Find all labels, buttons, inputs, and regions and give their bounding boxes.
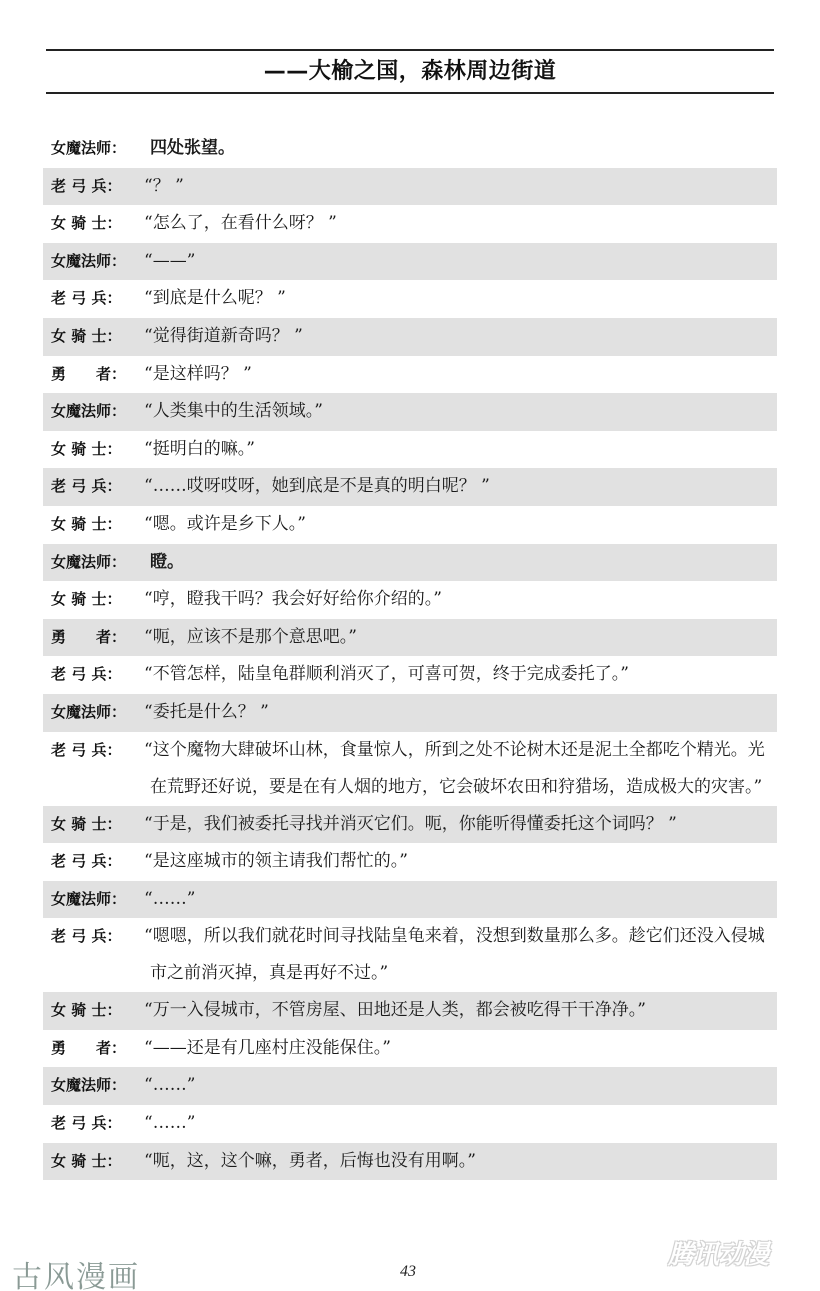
speaker-name: 勇 者： [51,619,144,657]
page-number: 43 [400,1263,416,1281]
dialogue-line: “这个魔物大肆破坏山林，食量惊人，所到之处不论树木还是泥土全都吃个精光。光在荒野… [144,732,777,806]
dialogue-row: 老 弓 兵：“？ ” [43,168,777,206]
speaker-name: 女 骑 士： [51,205,144,243]
dialogue-row: 女魔法师：瞪。 [43,544,777,582]
dialogue-line: “觉得街道新奇吗？ ” [144,318,777,356]
dialogue-line: “到底是什么呢？ ” [144,280,777,318]
dialogue-row: 勇 者：“——还是有几座村庄没能保住。” [43,1030,777,1068]
dialogue-line: “哼，瞪我干吗？我会好好给你介绍的。” [144,581,777,619]
dialogue-line: “——还是有几座村庄没能保住。” [144,1030,777,1068]
dialogue-row: 老 弓 兵：“嗯嗯，所以我们就花时间寻找陆皇龟来着，没想到数量那么多。趁它们还没… [43,918,777,992]
speaker-name: 女魔法师： [51,1067,144,1105]
speaker-name: 女 骑 士： [51,992,144,1030]
dialogue-line: “呃，应该不是那个意思吧。” [144,619,777,657]
dialogue-line: “——” [144,243,777,281]
stage-direction: 瞪。 [144,544,777,582]
speaker-name: 老 弓 兵： [51,656,144,694]
speaker-name: 老 弓 兵： [51,280,144,318]
speaker-name: 女魔法师： [51,881,144,919]
speaker-name: 老 弓 兵： [51,1105,144,1143]
dialogue-row: 女魔法师：“人类集中的生活领域。” [43,393,777,431]
stage-direction: 四处张望。 [144,130,777,168]
title-top-rule [46,49,774,51]
dialogue-line: “是这座城市的领主请我们帮忙的。” [144,843,777,881]
dialogue-row: 老 弓 兵：“到底是什么呢？ ” [43,280,777,318]
dialogue-line: “怎么了，在看什么呀？ ” [144,205,777,243]
dialogue-row: 勇 者：“是这样吗？ ” [43,356,777,394]
speaker-name: 老 弓 兵： [51,843,144,881]
dialogue-line: “嗯。或许是乡下人。” [144,506,777,544]
title-bottom-rule [46,92,774,94]
speaker-name: 女魔法师： [51,393,144,431]
dialogue-row: 老 弓 兵：“……” [43,1105,777,1143]
speaker-name: 女魔法师： [51,243,144,281]
speaker-name: 女魔法师： [51,544,144,582]
speaker-name: 老 弓 兵： [51,732,144,770]
speaker-name: 女 骑 士： [51,318,144,356]
dialogue-line: “……” [144,1067,777,1105]
speaker-name: 老 弓 兵： [51,918,144,956]
dialogue-list: 女魔法师：四处张望。老 弓 兵：“？ ”女 骑 士：“怎么了，在看什么呀？ ”女… [43,130,777,1180]
dialogue-line: “？ ” [144,168,777,206]
dialogue-row: 女魔法师：“……” [43,1067,777,1105]
dialogue-row: 女 骑 士：“觉得街道新奇吗？ ” [43,318,777,356]
speaker-name: 女 骑 士： [51,581,144,619]
dialogue-row: 女魔法师：“……” [43,881,777,919]
speaker-name: 勇 者： [51,356,144,394]
chapter-title: ——大榆之国，森林周边街道 [0,54,820,90]
speaker-name: 女 骑 士： [51,506,144,544]
dialogue-row: 老 弓 兵：“不管怎样，陆皇龟群顺利消灭了，可喜可贺，终于完成委托了。” [43,656,777,694]
dialogue-row: 女魔法师：四处张望。 [43,130,777,168]
speaker-name: 老 弓 兵： [51,168,144,206]
dialogue-row: 女 骑 士：“万一入侵城市，不管房屋、田地还是人类，都会被吃得干干净净。” [43,992,777,1030]
speaker-name: 老 弓 兵： [51,468,144,506]
speaker-name: 女 骑 士： [51,806,144,844]
dialogue-row: 女 骑 士：“嗯。或许是乡下人。” [43,506,777,544]
dialogue-line: “是这样吗？ ” [144,356,777,394]
dialogue-line: “人类集中的生活领域。” [144,393,777,431]
speaker-name: 女魔法师： [51,694,144,732]
dialogue-line: “……” [144,881,777,919]
dialogue-row: 女 骑 士：“怎么了，在看什么呀？ ” [43,205,777,243]
dialogue-row: 女 骑 士：“于是，我们被委托寻找并消灭它们。呃，你能听得懂委托这个词吗？ ” [43,806,777,844]
speaker-name: 女 骑 士： [51,431,144,469]
watermark-logo: 腾讯动漫 [668,1240,798,1270]
speaker-name: 女 骑 士： [51,1143,144,1181]
dialogue-line: “于是，我们被委托寻找并消灭它们。呃，你能听得懂委托这个词吗？ ” [144,806,777,844]
dialogue-row: 女魔法师：“——” [43,243,777,281]
footer-logo: 古风漫画 [12,1252,140,1291]
speaker-name: 女魔法师： [51,130,144,168]
dialogue-row: 勇 者：“呃，应该不是那个意思吧。” [43,619,777,657]
dialogue-row: 老 弓 兵：“这个魔物大肆破坏山林，食量惊人，所到之处不论树木还是泥土全都吃个精… [43,732,777,806]
dialogue-row: 女 骑 士：“呃，这，这个嘛，勇者，后悔也没有用啊。” [43,1143,777,1181]
dialogue-line: “不管怎样，陆皇龟群顺利消灭了，可喜可贺，终于完成委托了。” [144,656,777,694]
dialogue-row: 女 骑 士：“挺明白的嘛。” [43,431,777,469]
dialogue-row: 女 骑 士：“哼，瞪我干吗？我会好好给你介绍的。” [43,581,777,619]
dialogue-row: 老 弓 兵：“是这座城市的领主请我们帮忙的。” [43,843,777,881]
dialogue-line: “嗯嗯，所以我们就花时间寻找陆皇龟来着，没想到数量那么多。趁它们还没入侵城市之前… [144,918,777,992]
dialogue-line: “……” [144,1105,777,1143]
dialogue-line: “委托是什么？ ” [144,694,777,732]
dialogue-row: 老 弓 兵：“……哎呀哎呀，她到底是不是真的明白呢？ ” [43,468,777,506]
dialogue-line: “万一入侵城市，不管房屋、田地还是人类，都会被吃得干干净净。” [144,992,777,1030]
dialogue-line: “呃，这，这个嘛，勇者，后悔也没有用啊。” [144,1143,777,1181]
dialogue-row: 女魔法师：“委托是什么？ ” [43,694,777,732]
dialogue-line: “……哎呀哎呀，她到底是不是真的明白呢？ ” [144,468,777,506]
dialogue-line: “挺明白的嘛。” [144,431,777,469]
speaker-name: 勇 者： [51,1030,144,1068]
